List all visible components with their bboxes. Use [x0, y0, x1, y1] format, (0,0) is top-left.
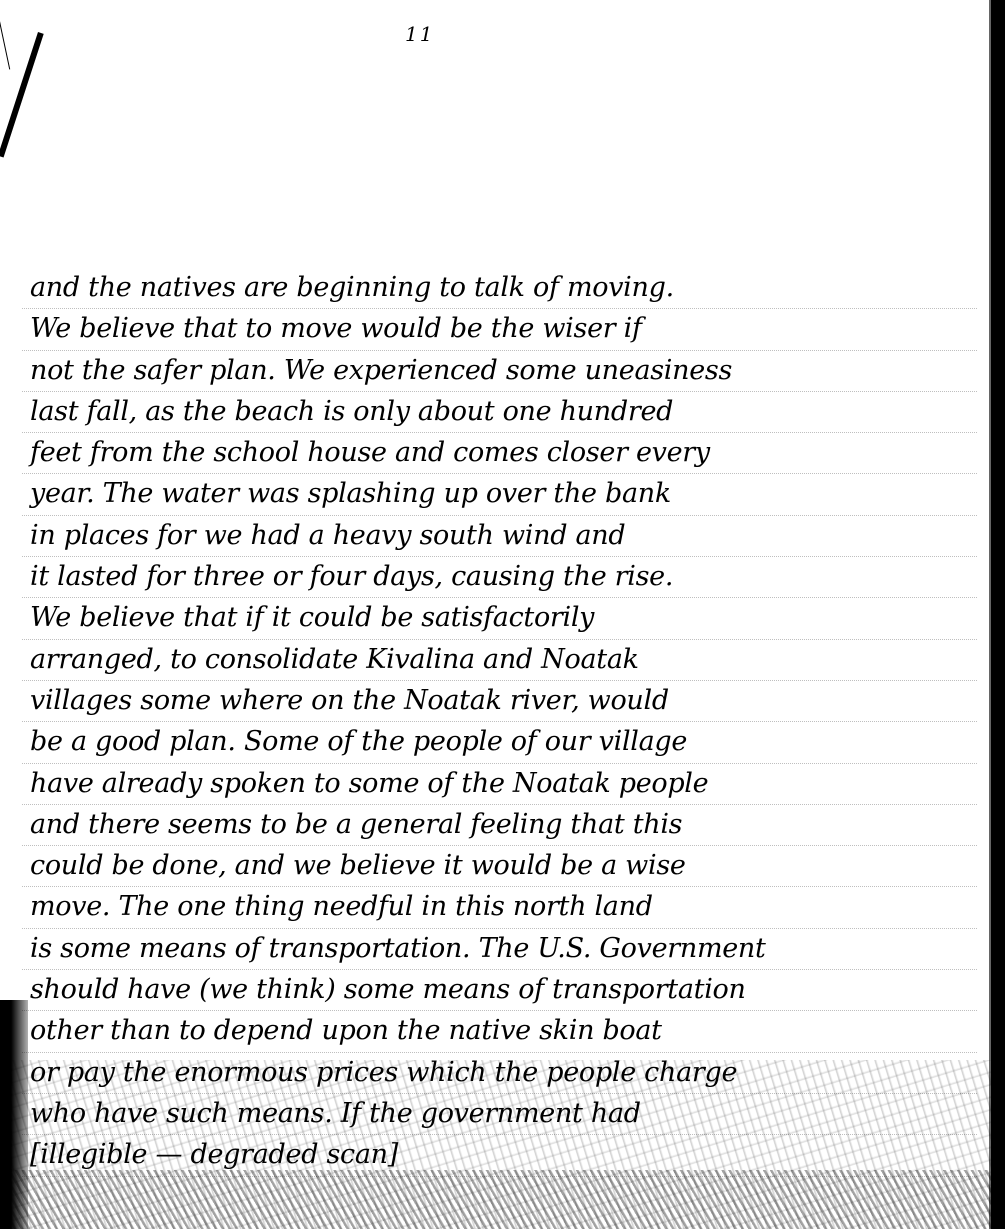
- fold-line: [0, 32, 44, 157]
- text-line: have already spoken to some of the Noata…: [22, 764, 977, 805]
- text-line: be a good plan. Some of the people of ou…: [22, 722, 977, 763]
- text-line: We believe that to move would be the wis…: [22, 309, 977, 350]
- page-number: 11: [405, 22, 434, 46]
- text-line: feet from the school house and comes clo…: [22, 433, 977, 474]
- text-line: arranged, to consolidate Kivalina and No…: [22, 640, 977, 681]
- text-line: not the safer plan. We experienced some …: [22, 351, 977, 392]
- text-line: in places for we had a heavy south wind …: [22, 516, 977, 557]
- text-line: We believe that if it could be satisfact…: [22, 598, 977, 639]
- text-line: and there seems to be a general feeling …: [22, 805, 977, 846]
- handwritten-body: and the natives are beginning to talk of…: [22, 268, 977, 1177]
- text-line: move. The one thing needful in this nort…: [22, 887, 977, 928]
- text-line: could be done, and we believe it would b…: [22, 846, 977, 887]
- text-line-illegible: [illegible — degraded scan]: [22, 1135, 977, 1176]
- text-line: who have such means. If the government h…: [22, 1094, 977, 1135]
- text-line: should have (we think) some means of tra…: [22, 970, 977, 1011]
- text-line: is some means of transportation. The U.S…: [22, 929, 977, 970]
- page-binding-edge: [991, 0, 1005, 1229]
- scan-degradation-heavy: [0, 1170, 1005, 1229]
- text-line: other than to depend upon the native ski…: [22, 1011, 977, 1052]
- text-line: or pay the enormous prices which the peo…: [22, 1053, 977, 1094]
- text-line: and the natives are beginning to talk of…: [22, 268, 977, 309]
- text-line: it lasted for three or four days, causin…: [22, 557, 977, 598]
- text-line: year. The water was splashing up over th…: [22, 474, 977, 515]
- scanned-page: 11 and the natives are beginning to talk…: [0, 0, 1005, 1229]
- fold-line-thin: [0, 11, 10, 70]
- text-line: villages some where on the Noatak river,…: [22, 681, 977, 722]
- text-line: last fall, as the beach is only about on…: [22, 392, 977, 433]
